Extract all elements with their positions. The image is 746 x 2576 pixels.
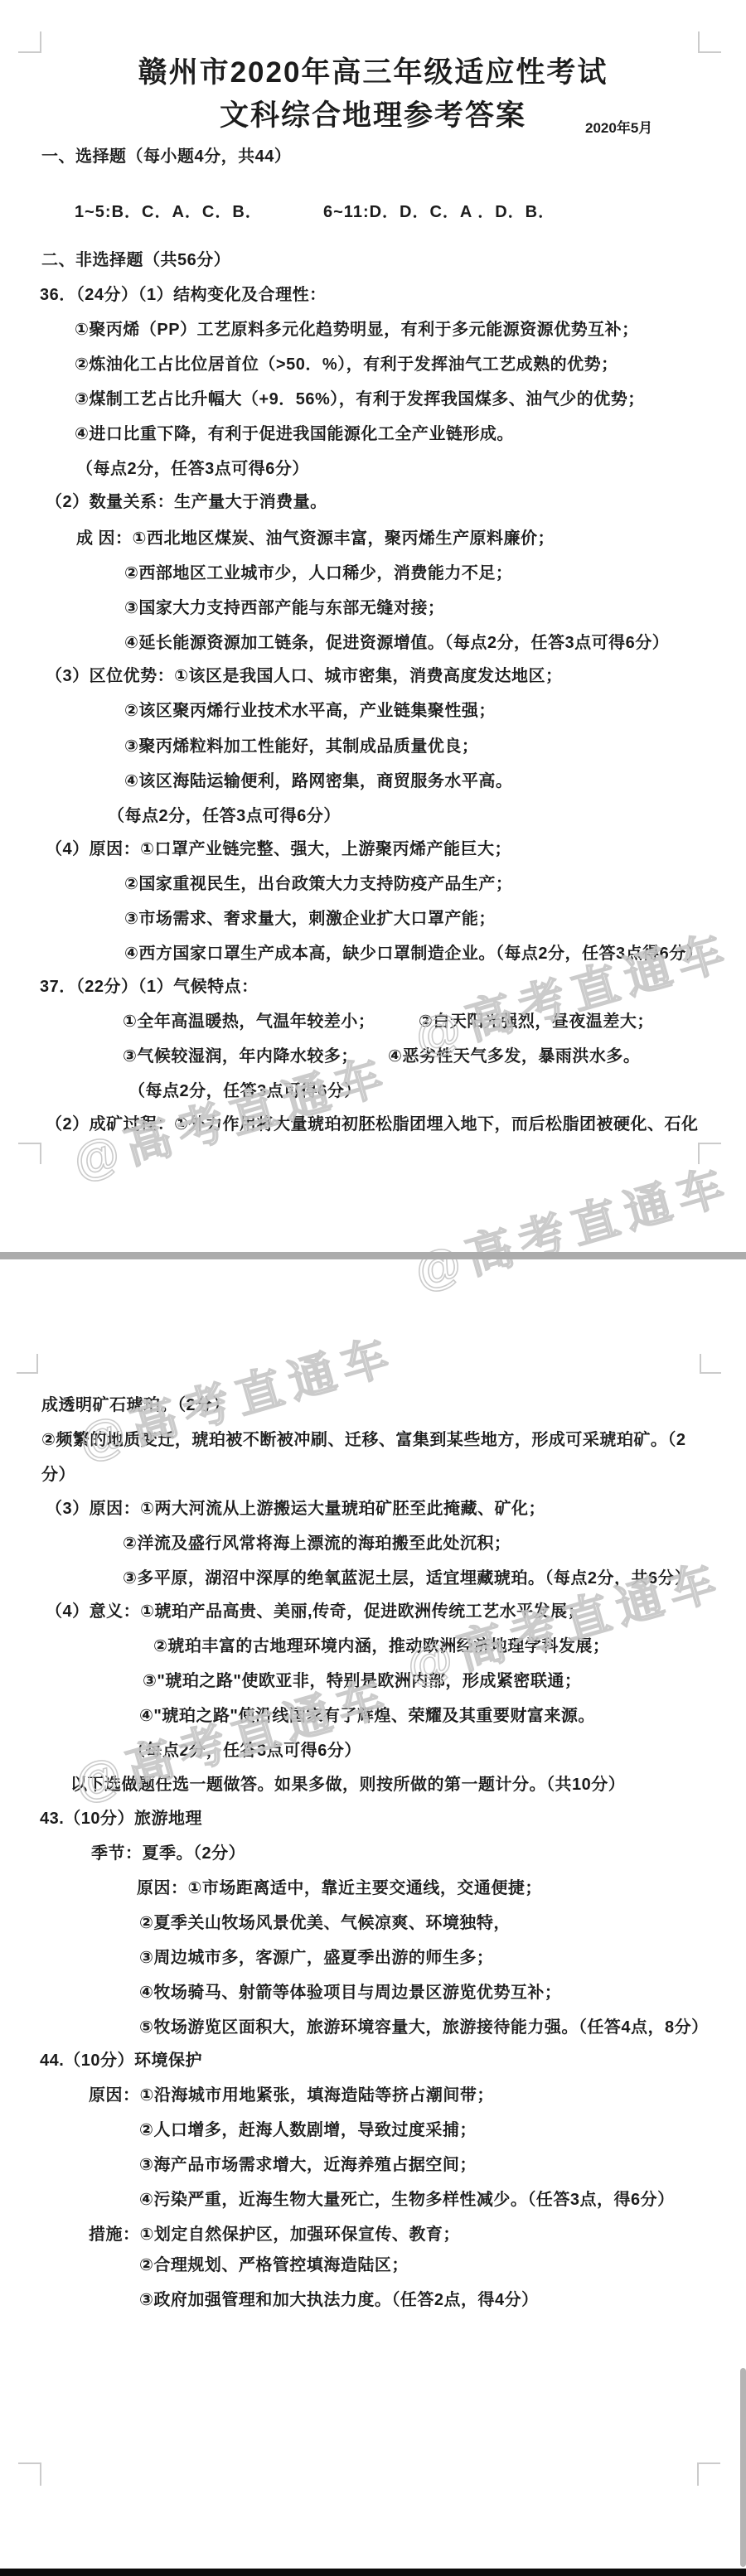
text-line: ②该区聚丙烯行业技术水平高，产业链集聚性强； (124, 702, 496, 721)
text-line: 37．（22分）（1）气候特点： (40, 978, 259, 997)
text-line: ③聚丙烯粒料加工性能好，其制成品质量优良； (124, 737, 478, 756)
corner-mark (17, 1354, 38, 1374)
text-line: ②琥珀丰富的古地理环境内涵，推动欧洲经济地理学科发展； (153, 1637, 609, 1656)
watermark-text: @高考直通车 (406, 914, 739, 1068)
text-line: 成 因：①西北地区煤炭、油气资源丰富，聚丙烯生产原料廉价； (76, 529, 555, 549)
text-line: ④延长能源资源加工链条，促进资源增值。（每点2分，任答3点可得6分） (124, 634, 669, 653)
text-line: ②炼油化工占比位居首位（>50．%），有利于发挥油气工艺成熟的优势； (75, 355, 618, 375)
answer-key-1-5: 1~5:B．C．A．C．B． (75, 198, 263, 222)
text-line: ②频繁的地质变迁，琥珀被不断被冲刷、迁移、富集到某些地方，形成可采琥珀矿。（2 (41, 1431, 686, 1450)
text-line: ②白天阳光强烈，昼夜温差大； (419, 1013, 654, 1032)
text-line: ②洋流及盛行风常将海上漂流的海珀搬至此处沉积； (123, 1534, 511, 1554)
text-line: （每点2分，任答3点可得6分） (76, 460, 309, 479)
exam-title: 赣州市2020年高三年级适应性考试 (0, 50, 746, 91)
text-line: ③煤制工艺占比升幅大（+9．56%），有利于发挥我国煤多、油气少的优势； (75, 390, 645, 409)
text-line: ④西方国家口罩生产成本高，缺少口罩制造企业。（每点2分，任答3点得6分） (124, 945, 703, 964)
text-line: ②夏季关山牧场风景优美、气候凉爽、环境独特， (139, 1914, 511, 1933)
text-line: ③多平原，湖沼中深厚的绝氧蓝泥土层，适宜埋藏琥珀。（每点2分，共6分） (123, 1569, 692, 1588)
text-line: 以下选做题任选一题做答。如果多做，则按所做的第一题计分。（共10分） (70, 1776, 625, 1795)
text-line: （2）成矿过程：①外力作用将大量琥珀初胚松脂团埋入地下，而后松脂团被硬化、石化 (46, 1115, 699, 1134)
text-line: ②国家重视民生，出台政策大力支持防疫产品生产； (124, 875, 512, 894)
text-line: 44.（10分）环境保护 (40, 2052, 202, 2071)
text-line: 二、非选择题（共56分） (41, 251, 230, 270)
text-line: ③"琥珀之路"使欧亚非，特别是欧洲内部，形成紧密联通； (143, 1672, 581, 1691)
text-line: 分） (41, 1466, 75, 1485)
text-line: （每点2分，任答3点可得6分） (128, 1082, 361, 1101)
bottom-bar (0, 2569, 746, 2576)
text-line: 43.（10分）旅游地理 (40, 1810, 202, 1829)
watermark-text: @高考直通车 (406, 1148, 739, 1302)
text-line: 措施：①划定自然保护区，加强环保宣传、教育； (89, 2226, 460, 2245)
text-line: 36．（24分）（1）结构变化及合理性： (40, 286, 327, 305)
text-line: ④该区海陆运输便利，路网密集，商贸服务水平高。 (124, 772, 512, 791)
corner-mark (18, 1143, 41, 1164)
text-line: ②合理规划、严格管控填海造陆区； (139, 2256, 409, 2275)
text-line: ③海产品市场需求增大，近海养殖占据空间； (139, 2156, 477, 2175)
text-line: ④恶劣性天气多发，暴雨洪水多。 (388, 1047, 640, 1066)
text-line: （每点2分，任答3点可得6分） (108, 807, 341, 826)
text-line: ⑤牧场游览区面积大，旅游环境容量大，旅游接待能力强。（任答4点，8分） (139, 2018, 709, 2037)
text-line: 成透明矿石琥珀。（2分） (41, 1396, 230, 1415)
text-line: ③周边城市多，客源广，盛夏季出游的师生多； (139, 1949, 493, 1968)
text-line: 原因：①市场距离适中，靠近主要交通线，交通便捷； (137, 1879, 542, 1898)
scrollbar-thumb[interactable] (740, 2368, 746, 2567)
text-line: ③气候较湿润，年内降水较多； (123, 1047, 358, 1066)
text-line: ④污染严重，近海生物大量死亡，生物多样性减少。（任答3点，得6分） (139, 2191, 675, 2210)
text-line: （4）原因：①口罩产业链完整、强大，上游聚丙烯产能巨大； (46, 840, 511, 859)
text-line: ①全年高温暖热，气温年较差小； (123, 1013, 375, 1032)
answer-key-6-11: 6~11:D．D．C．A ．D．B． (323, 198, 555, 222)
corner-mark (700, 1354, 721, 1374)
date-label: 2020年5月 (585, 116, 652, 137)
text-line: （3）区位优势：①该区是我国人口、城市密集，消费高度发达地区； (46, 667, 563, 686)
text-line: ②人口增多，赶海人数剧增，导致过度采捕； (139, 2121, 477, 2140)
corner-mark (698, 1143, 721, 1164)
document-page: 赣州市2020年高三年级适应性考试 文科综合地理参考答案 2020年5月 1~5… (0, 0, 746, 2576)
text-line: ①聚丙烯（PP）工艺原料多元化趋势明显，有利于多元能源资源优势互补； (75, 321, 639, 340)
page-separator (0, 1252, 746, 1259)
text-line: 季节：夏季。（2分） (91, 1844, 245, 1863)
text-line: ③政府加强管理和加大执法力度。（任答2点，得4分） (139, 2291, 539, 2310)
text-line: 原因：①沿海城市用地紧张，填海造陆等挤占潮间带； (89, 2086, 494, 2105)
text-line: （4）意义：①琥珀产品高贵、美丽,传奇，促进欧洲传统工艺水平发展； (46, 1602, 584, 1621)
corner-mark (18, 2462, 41, 2486)
text-line: ④牧场骑马、射箭等体验项目与周边景区游览优势互补； (139, 1984, 561, 2003)
text-line: ③国家大力支持西部产能与东部无缝对接； (124, 599, 444, 618)
text-line: ④进口比重下降，有利于促进我国能源化工全产业链形成。 (75, 425, 514, 444)
text-line: ④"琥珀之路"使沿线国家有了辉煌、荣耀及其重要财富来源。 (139, 1707, 595, 1726)
text-line: （每点2分，任答3点可得6分） (128, 1742, 361, 1761)
corner-mark (697, 2462, 720, 2486)
text-line: ③市场需求、奢求量大，刺激企业扩大口罩产能； (124, 910, 496, 929)
text-line: ②西部地区工业城市少，人口稀少，消费能力不足； (124, 564, 512, 583)
text-line: 一、选择题（每小题4分，共44） (41, 147, 291, 167)
text-line: （3）原因：①两大河流从上游搬运大量琥珀矿胚至此掩藏、矿化； (46, 1500, 545, 1519)
text-line: （2）数量关系：生产量大于消费量。 (46, 493, 327, 512)
